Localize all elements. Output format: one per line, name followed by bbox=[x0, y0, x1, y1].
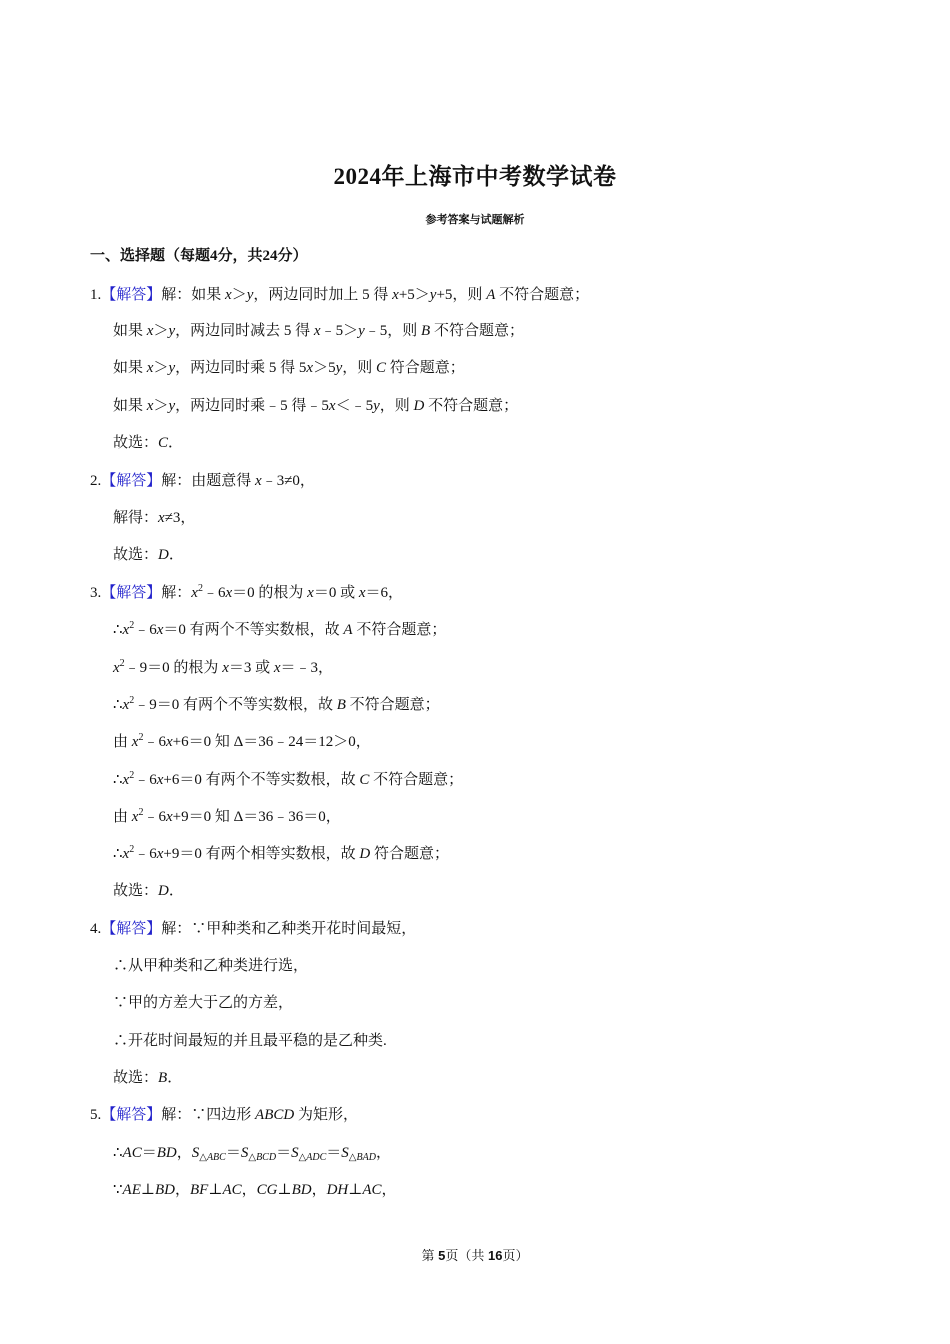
total-pages: 16 bbox=[488, 1248, 502, 1263]
question-3-line-9: 故选：D． bbox=[113, 881, 184, 901]
question-1-line-1: 1.【解答】解：如果 x＞y，两边同时加上 5 得 x+5＞y+5，则 A 不符… bbox=[90, 285, 589, 305]
question-3-line-4: ∴x2﹣9＝0 有两个不等实数根，故 B 不符合题意； bbox=[113, 695, 440, 715]
question-3-line-8: ∴x2﹣6x+9＝0 有两个相等实数根，故 D 符合题意； bbox=[113, 844, 449, 864]
question-number: 4. bbox=[90, 921, 101, 937]
question-2-line-2: 解得：x≠3， bbox=[113, 508, 195, 528]
question-4-line-2: ∴从甲种类和乙种类进行选， bbox=[113, 956, 308, 976]
question-2-line-3: 故选：D． bbox=[113, 545, 184, 565]
question-1-line-4: 如果 x＞y，两边同时乘﹣5 得﹣5x＜﹣5y，则 D 不符合题意； bbox=[113, 396, 518, 416]
question-3-line-6: ∴x2﹣6x+6＝0 有两个不等实数根，故 C 不符合题意； bbox=[113, 770, 463, 790]
question-3-line-2: ∴x2﹣6x＝0 有两个不等实数根，故 A 不符合题意； bbox=[113, 620, 446, 640]
answer-tag: 【解答】 bbox=[101, 473, 161, 489]
question-5-line-3: ∵AE⊥BD，BF⊥AC，CG⊥BD，DH⊥AC， bbox=[113, 1180, 397, 1200]
question-1-line-5: 故选：C． bbox=[113, 433, 183, 453]
question-4-line-3: ∵甲的方差大于乙的方差， bbox=[113, 993, 293, 1013]
question-number: 3. bbox=[90, 585, 101, 601]
question-3-line-3: x2﹣9＝0 的根为 x＝3 或 x＝﹣3， bbox=[113, 658, 333, 678]
question-4-line-1: 4.【解答】解：∵甲种类和乙种类开花时间最短， bbox=[90, 919, 416, 939]
question-3-line-7: 由 x2﹣6x+9＝0 知 Δ＝36﹣36＝0， bbox=[113, 807, 341, 827]
question-number: 1. bbox=[90, 287, 101, 303]
document-title: 2024年上海市中考数学试卷 bbox=[0, 158, 950, 191]
question-1-line-3: 如果 x＞y，两边同时乘 5 得 5x＞5y，则 C 符合题意； bbox=[113, 358, 465, 378]
section-heading: 一、选择题（每题4分，共24分） bbox=[90, 244, 308, 265]
question-2-line-1: 2.【解答】解：由题意得 x﹣3≠0， bbox=[90, 471, 315, 491]
question-5-line-2: ∴AC＝BD，S△ABC＝S△BCD＝S△ADC＝S△BAD， bbox=[113, 1143, 391, 1163]
answer-tag: 【解答】 bbox=[101, 1107, 161, 1123]
answer-tag: 【解答】 bbox=[101, 921, 161, 937]
question-4-line-4: ∴开花时间最短的并且最平稳的是乙种类. bbox=[113, 1031, 387, 1051]
answer-tag: 【解答】 bbox=[101, 287, 161, 303]
question-number: 2. bbox=[90, 473, 101, 489]
question-3-line-1: 3.【解答】解：x2﹣6x＝0 的根为 x＝0 或 x＝6， bbox=[90, 583, 403, 603]
answer-text: 解：如果 x＞y，两边同时加上 5 得 x+5＞y+5，则 A 不符合题意； bbox=[161, 287, 589, 303]
question-5-line-1: 5.【解答】解：∵四边形 ABCD 为矩形， bbox=[90, 1105, 358, 1125]
question-1-line-2: 如果 x＞y，两边同时减去 5 得 x﹣5＞y﹣5，则 B 不符合题意； bbox=[113, 321, 524, 341]
question-3-line-5: 由 x2﹣6x+6＝0 知 Δ＝36﹣24＝12＞0， bbox=[113, 732, 371, 752]
answer-tag: 【解答】 bbox=[101, 585, 161, 601]
question-4-line-5: 故选：B． bbox=[113, 1068, 182, 1088]
question-number: 5. bbox=[90, 1107, 101, 1123]
document-subtitle: 参考答案与试题解析 bbox=[0, 211, 950, 227]
page-footer: 第 5页（共 16页） bbox=[0, 1245, 950, 1264]
